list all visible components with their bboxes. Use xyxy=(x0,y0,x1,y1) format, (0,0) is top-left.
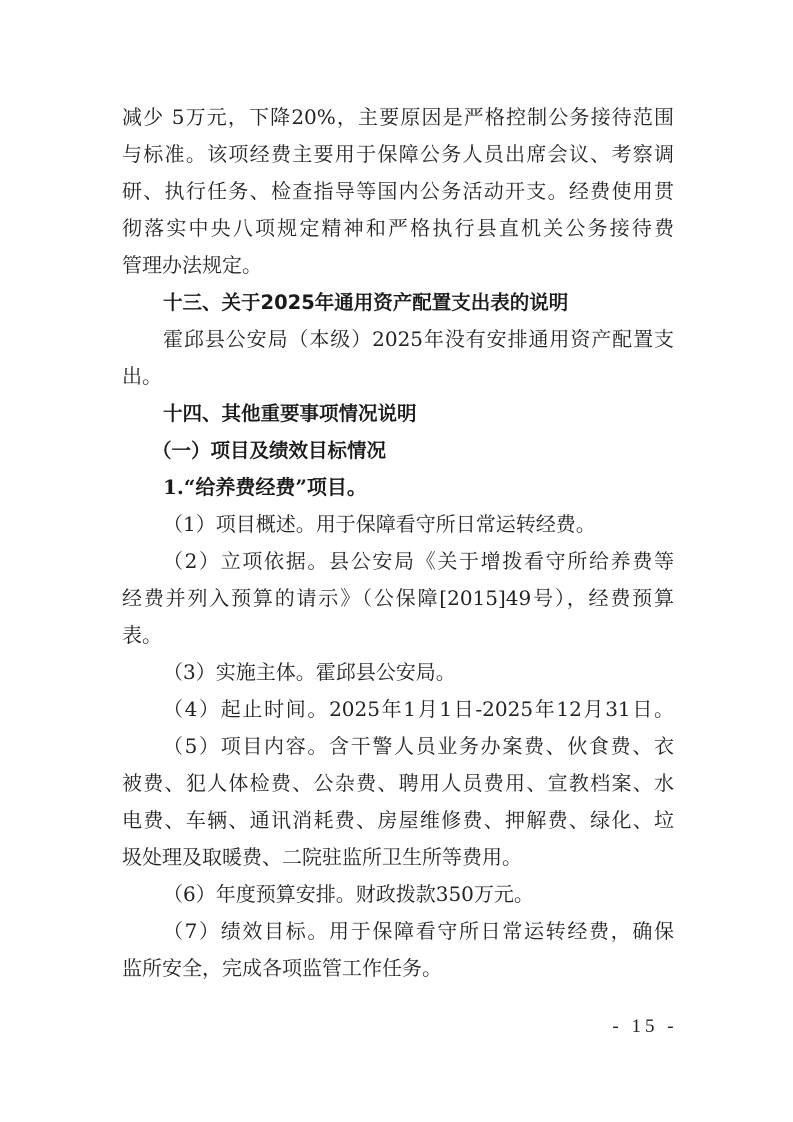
page-number: - 15 - xyxy=(605,1016,685,1038)
item-period: （4）起止时间。2025年1月1日-2025年12月31日。 xyxy=(122,691,674,728)
subsection-heading: （一）项目及绩效目标情况 xyxy=(122,432,674,469)
item-basis-line: 表。 xyxy=(122,617,674,654)
text-line: 彻落实中央八项规定精神和严格执行县直机关公务接待费 xyxy=(122,210,674,247)
paragraph-reception-expenses: 减少 5万元，下降20%，主要原因是严格控制公务接待范围 与标准。该项经费主要用… xyxy=(122,99,674,284)
text-line: 出。 xyxy=(122,358,674,395)
text-line: 与标准。该项经费主要用于保障公务人员出席会议、考察调 xyxy=(122,136,674,173)
text-line: 研、执行任务、检查指导等国内公务活动开支。经费使用贯 xyxy=(122,173,674,210)
document-body: 减少 5万元，下降20%，主要原因是严格控制公务接待范围 与标准。该项经费主要用… xyxy=(122,99,674,987)
item-overview: （1）项目概述。用于保障看守所日常运转经费。 xyxy=(122,506,674,543)
item-basis-line: 经费并列入预算的请示》（公保障[2015]49号），经费预算 xyxy=(122,580,674,617)
item-content-line: 被费、犯人体检费、公杂费、聘用人员费用、宣教档案、水 xyxy=(122,765,674,802)
item-content-line: 圾处理及取暖费、二院驻监所卫生所等费用。 xyxy=(122,839,674,876)
text-line: 霍邱县公安局（本级）2025年没有安排通用资产配置支 xyxy=(122,321,674,358)
section-heading: 十四、其他重要事项情况说明 xyxy=(122,395,674,432)
section-14: 十四、其他重要事项情况说明 （一）项目及绩效目标情况 1.“给养费经费”项目。 … xyxy=(122,395,674,987)
item-goal-line: 监所安全，完成各项监管工作任务。 xyxy=(122,950,674,987)
document-page: 减少 5万元，下降20%，主要原因是严格控制公务接待范围 与标准。该项经费主要用… xyxy=(0,0,793,1122)
item-title: 1.“给养费经费”项目。 xyxy=(122,469,674,506)
item-content-line: （5）项目内容。含干警人员业务办案费、伙食费、衣 xyxy=(122,728,674,765)
section-13: 十三、关于2025年通用资产配置支出表的说明 霍邱县公安局（本级）2025年没有… xyxy=(122,284,674,395)
item-goal-line: （7）绩效目标。用于保障看守所日常运转经费，确保 xyxy=(122,913,674,950)
item-budget: （6）年度预算安排。财政拨款350万元。 xyxy=(122,876,674,913)
text-line: 管理办法规定。 xyxy=(122,247,674,284)
section-heading: 十三、关于2025年通用资产配置支出表的说明 xyxy=(122,284,674,321)
item-entity: （3）实施主体。霍邱县公安局。 xyxy=(122,654,674,691)
item-content-line: 电费、车辆、通讯消耗费、房屋维修费、押解费、绿化、垃 xyxy=(122,802,674,839)
item-basis-line: （2）立项依据。县公安局《关于增拨看守所给养费等 xyxy=(122,543,674,580)
text-line: 减少 5万元，下降20%，主要原因是严格控制公务接待范围 xyxy=(122,99,674,136)
